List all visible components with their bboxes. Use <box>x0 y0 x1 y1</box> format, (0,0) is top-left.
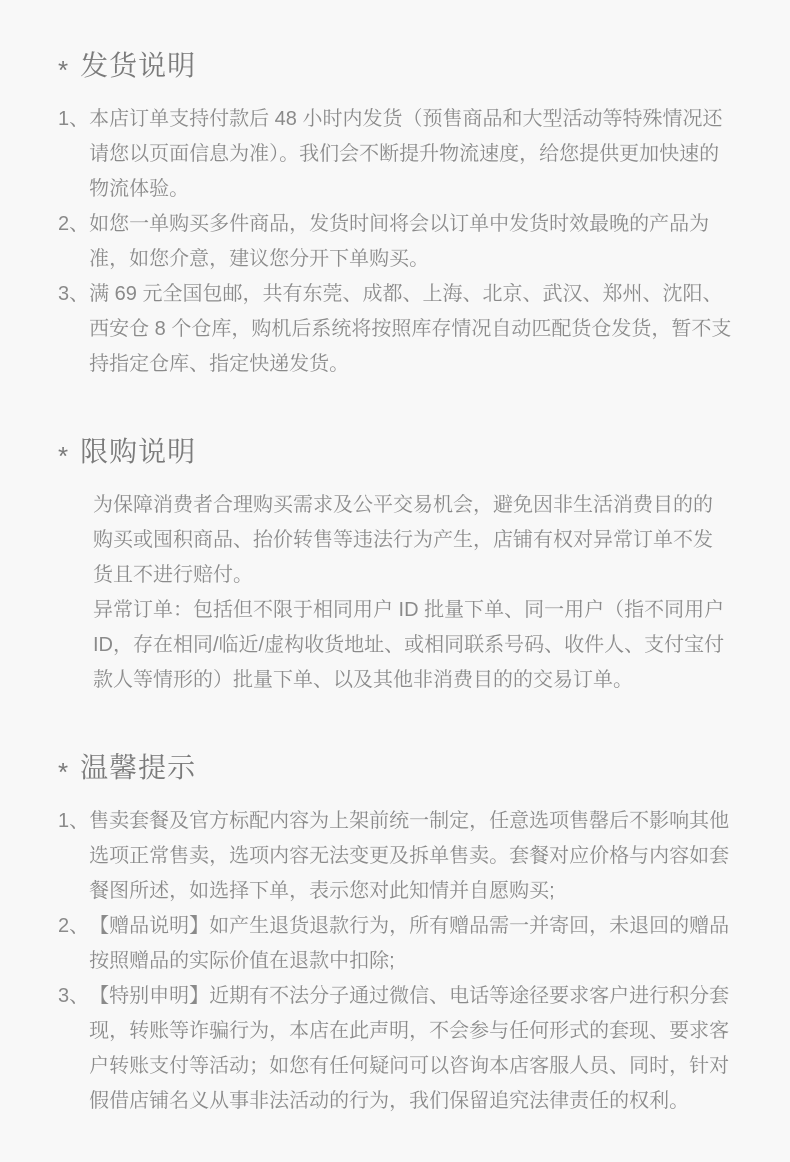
section-title-text: 发货说明 <box>80 46 196 86</box>
item-number: 3、 <box>58 277 89 312</box>
item-number: 2、 <box>58 909 89 944</box>
item-text: 满 69 元全国包邮，共有东莞、成都、上海、北京、武汉、郑州、沈阳、西安仓 8 … <box>89 277 732 382</box>
item-number: 3、 <box>58 979 89 1014</box>
asterisk-marker: * <box>58 50 69 90</box>
item-text: 如您一单购买多件商品，发货时间将会以订单中发货时效最晚的产品为准，如您介意，建议… <box>89 207 732 277</box>
list-item: 2、 【赠品说明】如产生退货退款行为，所有赠品需一并寄回，未退回的赠品按照赠品的… <box>58 909 732 979</box>
purchase-limit-paragraphs: 为保障消费者合理购买需求及公平交易机会，避免因非生活消费目的的购买或囤积商品、抬… <box>93 488 732 698</box>
section-shipping-notes: * 发货说明 1、 本店订单支持付款后 48 小时内发货（预售商品和大型活动等特… <box>58 46 732 382</box>
list-item: 1、 售卖套餐及官方标配内容为上架前统一制定，任意选项售罄后不影响其他选项正常售… <box>58 804 732 909</box>
item-number: 1、 <box>58 804 89 839</box>
item-text: 售卖套餐及官方标配内容为上架前统一制定，任意选项售罄后不影响其他选项正常售卖，选… <box>89 804 732 909</box>
section-title-text: 限购说明 <box>80 432 196 472</box>
item-text: 【特别申明】近期有不法分子通过微信、电话等途径要求客户进行积分套现，转账等诈骗行… <box>89 979 732 1119</box>
list-item: 2、 如您一单购买多件商品，发货时间将会以订单中发货时效最晚的产品为准，如您介意… <box>58 207 732 277</box>
item-number: 2、 <box>58 207 89 242</box>
item-text: 本店订单支持付款后 48 小时内发货（预售商品和大型活动等特殊情况还请您以页面信… <box>89 102 732 207</box>
section-purchase-limit: * 限购说明 为保障消费者合理购买需求及公平交易机会，避免因非生活消费目的的购买… <box>58 432 732 698</box>
asterisk-marker: * <box>58 752 69 792</box>
warm-tips-list: 1、 售卖套餐及官方标配内容为上架前统一制定，任意选项售罄后不影响其他选项正常售… <box>58 804 732 1119</box>
list-item: 3、 满 69 元全国包邮，共有东莞、成都、上海、北京、武汉、郑州、沈阳、西安仓… <box>58 277 732 382</box>
section-title-shipping: * 发货说明 <box>58 46 732 86</box>
list-item: 1、 本店订单支持付款后 48 小时内发货（预售商品和大型活动等特殊情况还请您以… <box>58 102 732 207</box>
asterisk-marker: * <box>58 436 69 476</box>
section-warm-tips: * 温馨提示 1、 售卖套餐及官方标配内容为上架前统一制定，任意选项售罄后不影响… <box>58 748 732 1119</box>
paragraph: 为保障消费者合理购买需求及公平交易机会，避免因非生活消费目的的购买或囤积商品、抬… <box>93 488 732 593</box>
section-title-warm-tips: * 温馨提示 <box>58 748 732 788</box>
section-title-purchase-limit: * 限购说明 <box>58 432 732 472</box>
paragraph: 异常订单：包括但不限于相同用户 ID 批量下单、同一用户（指不同用户 ID，存在… <box>93 593 732 698</box>
item-number: 1、 <box>58 102 89 137</box>
item-text: 【赠品说明】如产生退货退款行为，所有赠品需一并寄回，未退回的赠品按照赠品的实际价… <box>89 909 732 979</box>
product-notice-page: * 发货说明 1、 本店订单支持付款后 48 小时内发货（预售商品和大型活动等特… <box>0 0 790 1162</box>
list-item: 3、 【特别申明】近期有不法分子通过微信、电话等途径要求客户进行积分套现，转账等… <box>58 979 732 1119</box>
shipping-notes-list: 1、 本店订单支持付款后 48 小时内发货（预售商品和大型活动等特殊情况还请您以… <box>58 102 732 382</box>
section-title-text: 温馨提示 <box>80 748 196 788</box>
